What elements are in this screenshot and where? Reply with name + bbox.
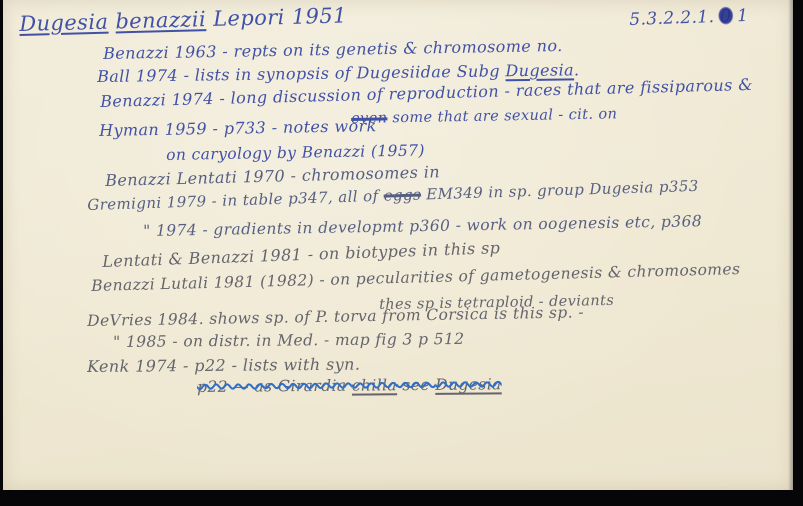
catalog-number: 5.3.2.2.1. 0 1 xyxy=(629,6,749,30)
struck-text-segment: eggs xyxy=(383,186,421,205)
entry-kenk-crossed-out: p22 — as Girardia chilla see Dugesia xyxy=(197,375,502,396)
underlined-text-segment: chilla xyxy=(352,376,397,394)
text-segment: " 1974 - gradients in developmt p360 - w… xyxy=(143,212,702,240)
entry-devries-1984: DeVries 1984. shows sp. of P. torva from… xyxy=(87,303,584,330)
entry-hyman-continuation: on caryology by Benazzi (1957) xyxy=(166,141,425,164)
scribbled-digit: 0 xyxy=(720,6,732,26)
entry-lentati-benazzi-1981: Lentati & Benazzi 1981 - on biotypes in … xyxy=(102,238,501,271)
text-segment: on caryology by Benazzi (1957) xyxy=(166,141,425,164)
entry-devries-1985: " 1985 - on distr. in Med. - map fig 3 p… xyxy=(113,330,465,351)
underlined-text-segment: Dugesia xyxy=(19,10,109,36)
text-segment: DeVries 1984. shows sp. of P. torva from… xyxy=(87,303,584,330)
underlined-text-segment: Dugesia xyxy=(505,60,574,80)
underlined-text-segment: benazzii xyxy=(115,7,206,33)
text-segment: Lentati & Benazzi 1981 - on biotypes in … xyxy=(102,238,501,271)
scanned-card-page: Dugesia benazzii Lepori 19515.3.2.2.1. 0… xyxy=(0,0,803,506)
text-segment: Lepori 1951 xyxy=(206,3,347,31)
title-line: Dugesia benazzii Lepori 1951 xyxy=(19,3,347,36)
entry-benazzi-1963: Benazzi 1963 - repts on its genetis & ch… xyxy=(103,36,563,63)
entry-hyman-1959: Hyman 1959 - p733 - notes work xyxy=(99,116,377,140)
text-segment: . xyxy=(574,60,580,79)
text-segment: Kenk 1974 - p22 - lists with syn. xyxy=(87,355,360,376)
entry-gremigni-1974: " 1974 - gradients in developmt p360 - w… xyxy=(143,212,702,240)
text-segment: 1 xyxy=(731,6,749,27)
text-segment: Benazzi 1963 - repts on its genetis & ch… xyxy=(103,36,563,63)
text-segment: Gremigni 1979 - in table p347, all of xyxy=(87,187,384,214)
entry-kenk-1974: Kenk 1974 - p22 - lists with syn. xyxy=(87,355,360,376)
text-segment: some that are sexual - cit. on xyxy=(387,106,617,126)
index-card: Dugesia benazzii Lepori 19515.3.2.2.1. 0… xyxy=(3,0,793,490)
text-segment: 5.3.2.2.1. xyxy=(629,7,721,30)
text-segment: Hyman 1959 - p733 - notes work xyxy=(99,116,377,140)
text-segment: EM349 in sp. group Dugesia p353 xyxy=(421,177,699,204)
text-segment: " 1985 - on distr. in Med. - map fig 3 p… xyxy=(113,330,465,351)
annotation-sexual-races: even some that are sexual - cit. on xyxy=(351,106,617,127)
text-segment: p22 — as Girardia xyxy=(197,377,352,396)
text-segment: see xyxy=(397,376,435,394)
underlined-text-segment: Dugesia xyxy=(435,375,502,394)
